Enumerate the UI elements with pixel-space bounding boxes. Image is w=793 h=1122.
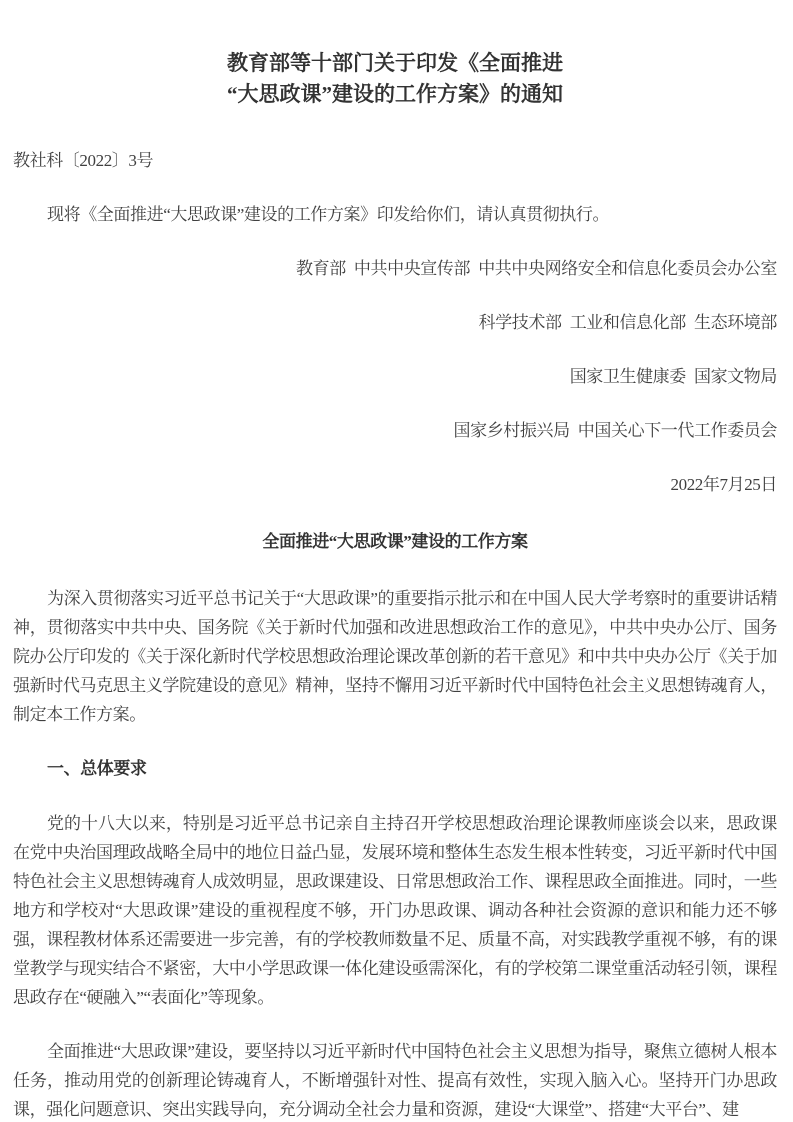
document-page: 教育部等十部门关于印发《全面推进 “大思政课”建设的工作方案》的通知 教社科〔2… — [0, 0, 793, 1122]
document-number: 教社科〔2022〕3号 — [13, 146, 777, 175]
document-title-line-1: 教育部等十部门关于印发《全面推进 — [13, 48, 777, 79]
preamble-paragraph: 为深入贯彻落实习近平总书记关于“大思政课”的重要指示批示和在中国人民大学考察时的… — [13, 584, 777, 729]
section-1-heading: 一、总体要求 — [13, 754, 777, 783]
signature-line-4: 国家乡村振兴局 中国关心下一代工作委员会 — [13, 416, 777, 445]
plan-title: 全面推进“大思政课”建设的工作方案 — [13, 527, 777, 556]
section-1-paragraph-2: 全面推进“大思政课”建设，要坚持以习近平新时代中国特色社会主义思想为指导，聚焦立… — [13, 1037, 777, 1122]
signature-line-1: 教育部 中共中央宣传部 中共中央网络安全和信息化委员会办公室 — [13, 254, 777, 283]
section-1-paragraph-1: 党的十八大以来，特别是习近平总书记亲自主持召开学校思想政治理论课教师座谈会以来，… — [13, 809, 777, 1012]
document-title-line-2: “大思政课”建设的工作方案》的通知 — [13, 79, 777, 110]
signature-line-2: 科学技术部 工业和信息化部 生态环境部 — [13, 308, 777, 337]
signature-line-3: 国家卫生健康委 国家文物局 — [13, 362, 777, 391]
document-date: 2022年7月25日 — [13, 470, 777, 499]
document-title: 教育部等十部门关于印发《全面推进 “大思政课”建设的工作方案》的通知 — [13, 48, 777, 110]
intro-paragraph: 现将《全面推进“大思政课”建设的工作方案》印发给你们，请认真贯彻执行。 — [13, 200, 777, 229]
